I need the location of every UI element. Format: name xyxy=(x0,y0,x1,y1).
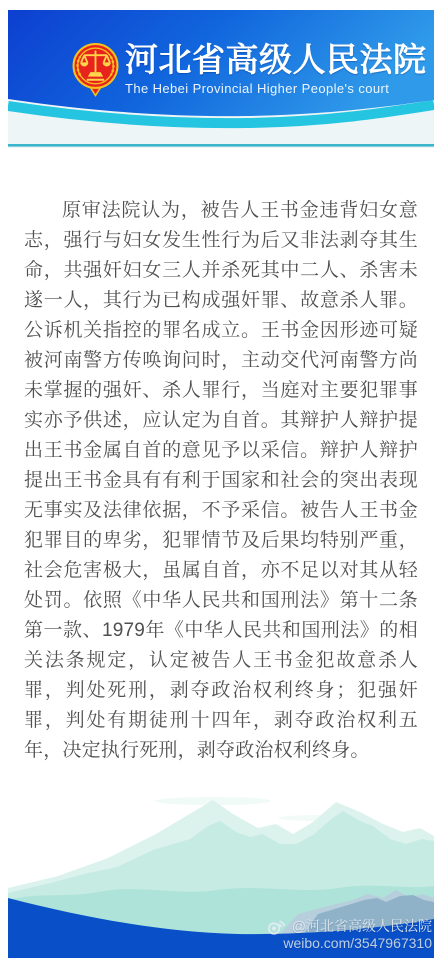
weibo-watermark: @河北省高级人民法院 weibo.com/3547967310 xyxy=(266,918,432,952)
watermark-account: @河北省高级人民法院 xyxy=(292,918,432,935)
verdict-paragraph: 原审法院认为，被告人王书金违背妇女意志，强行与妇女发生性行为后又非法剥夺其生命，… xyxy=(24,196,418,766)
weibo-image-post: 河北省高级人民法院 The Hebei Provincial Higher Pe… xyxy=(0,0,440,966)
org-name-cn: 河北省高级人民法院 xyxy=(125,43,425,79)
verdict-text-block: 原审法院认为，被告人王书金违背妇女意志，强行与妇女发生性行为后又非法剥夺其生命，… xyxy=(24,196,418,766)
header-titles: 河北省高级人民法院 The Hebei Provincial Higher Pe… xyxy=(125,43,425,96)
header-banner: 河北省高级人民法院 The Hebei Provincial Higher Pe… xyxy=(8,10,434,148)
weibo-eye-icon xyxy=(266,918,288,935)
court-emblem-icon xyxy=(72,41,119,97)
footer-banner: @河北省高级人民法院 weibo.com/3547967310 xyxy=(8,788,434,958)
org-name-en: The Hebei Provincial Higher People's cou… xyxy=(125,81,425,96)
watermark-url: weibo.com/3547967310 xyxy=(266,935,432,952)
